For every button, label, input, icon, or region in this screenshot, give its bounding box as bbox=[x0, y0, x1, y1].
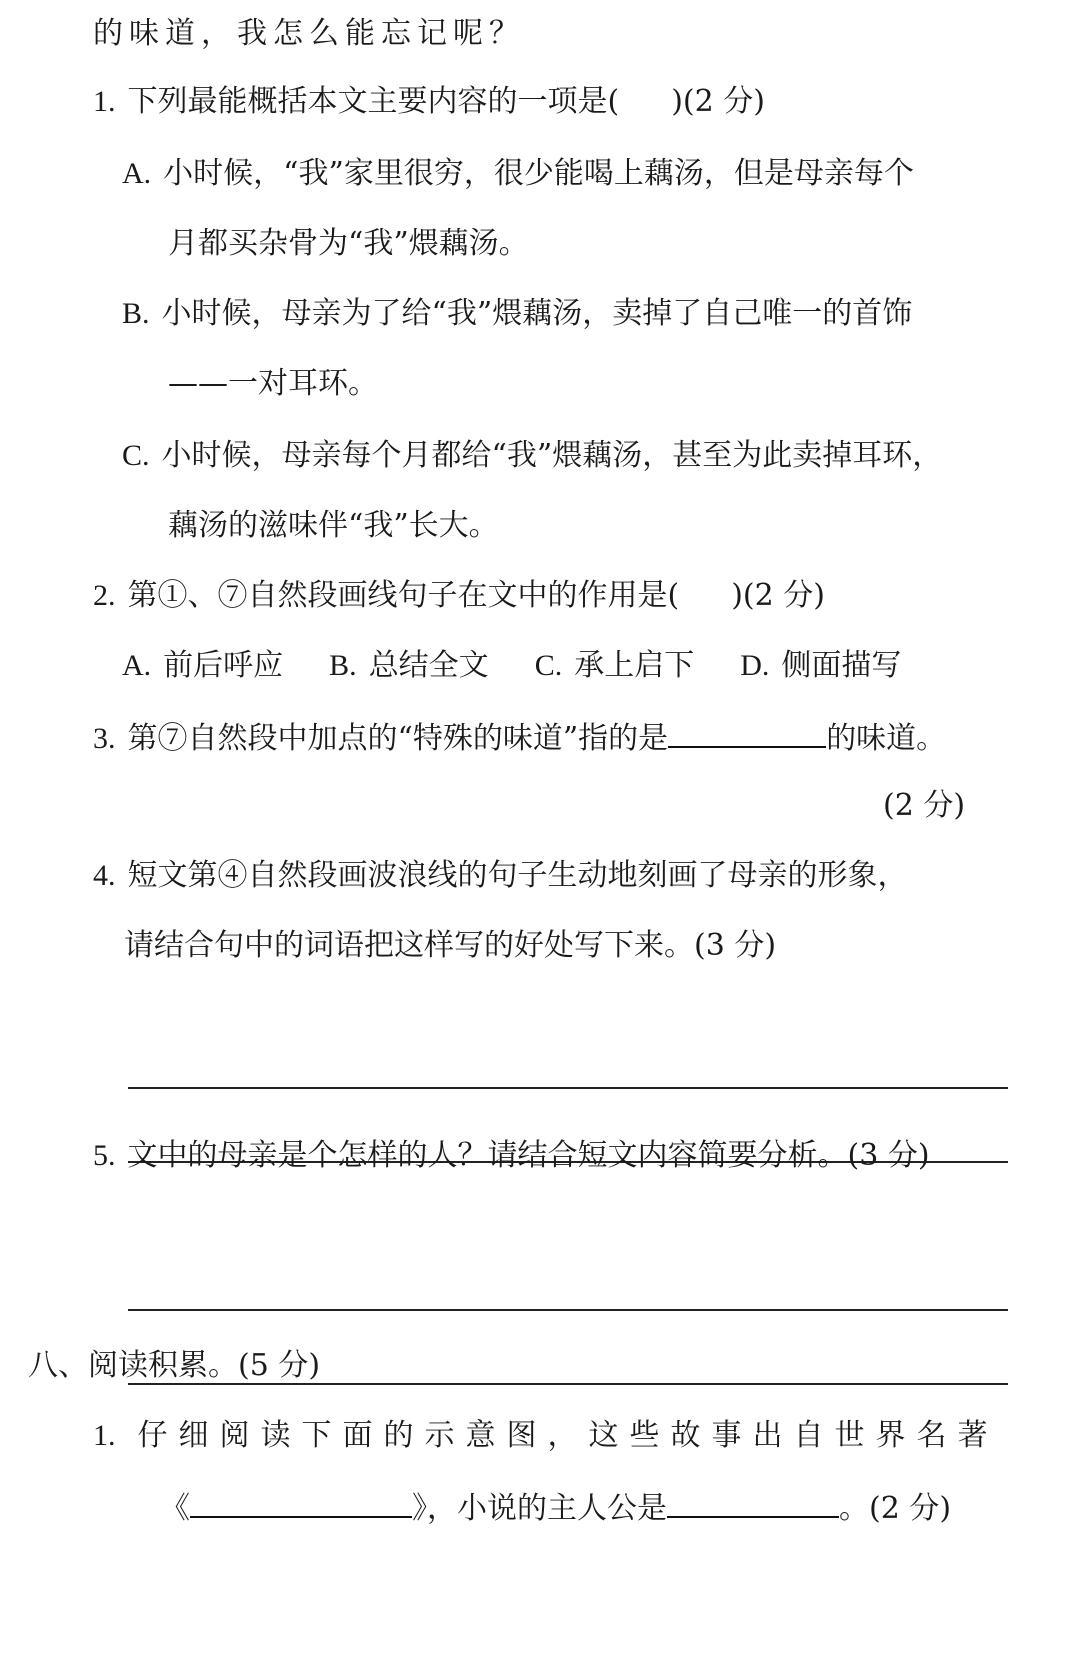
question-text: 仔细阅读下面的示意图，这些故事出自世界名著 bbox=[138, 1418, 999, 1453]
option-d[interactable]: D.侧面描写 bbox=[740, 648, 901, 683]
question-2: 2.第①、⑦自然段画线句子在文中的作用是()(2 分) bbox=[93, 576, 825, 616]
option-text: 前后呼应 bbox=[163, 648, 283, 683]
option-a-cont: 月都买杂骨为“我”煨藕汤。 bbox=[168, 224, 529, 264]
question-text: 下列最能概括本文主要内容的一项是( bbox=[128, 84, 620, 119]
question-number: 4. bbox=[93, 856, 116, 896]
option-text: 小时候，母亲为了给“我”煨藕汤，卖掉了自己唯一的首饰 bbox=[162, 296, 913, 331]
option-text: 小时候，母亲每个月都给“我”煨藕汤，甚至为此卖掉耳环， bbox=[162, 438, 943, 473]
option-a[interactable]: A.小时候，“我”家里很穷，很少能喝上藕汤，但是母亲每个 bbox=[122, 154, 914, 194]
question-number: 1. bbox=[93, 82, 116, 122]
question-number: 1. bbox=[93, 1416, 116, 1456]
fill-blank-protagonist[interactable] bbox=[667, 1486, 839, 1518]
question-text: 第⑦自然段中加点的“特殊的味道”指的是 bbox=[128, 721, 669, 756]
option-text: 小时候，“我”家里很穷，很少能喝上藕汤，但是母亲每个 bbox=[163, 156, 914, 191]
question-number: 3. bbox=[93, 719, 116, 759]
option-a[interactable]: A.前后呼应 bbox=[122, 648, 283, 683]
question-number: 2. bbox=[93, 576, 116, 616]
question-score: 。(2 分) bbox=[839, 1491, 951, 1526]
answer-line[interactable] bbox=[128, 1087, 1008, 1089]
option-c[interactable]: C.承上启下 bbox=[535, 648, 695, 683]
option-label: D. bbox=[740, 646, 769, 686]
option-label: C. bbox=[122, 436, 150, 476]
option-b-cont: ——一对耳环。 bbox=[168, 364, 378, 404]
option-label: A. bbox=[122, 154, 151, 194]
question-score: )(2 分) bbox=[671, 84, 765, 119]
q2-options: A.前后呼应B.总结全文C.承上启下D.侧面描写 bbox=[122, 646, 901, 686]
question-3: 3.第⑦自然段中加点的“特殊的味道”指的是的味道。 bbox=[93, 716, 946, 759]
passage-tail: 的味道，我怎么能忘记呢？ bbox=[93, 14, 525, 54]
option-text: 总结全文 bbox=[369, 648, 489, 683]
question-text: 第①、⑦自然段画线句子在文中的作用是( bbox=[128, 578, 680, 613]
option-label: B. bbox=[122, 294, 150, 334]
option-b[interactable]: B.小时候，母亲为了给“我”煨藕汤，卖掉了自己唯一的首饰 bbox=[122, 294, 912, 334]
answer-line[interactable] bbox=[128, 1309, 1008, 1311]
question-score: (2 分) bbox=[883, 786, 965, 826]
option-label: A. bbox=[122, 646, 151, 686]
option-c[interactable]: C.小时候，母亲每个月都给“我”煨藕汤，甚至为此卖掉耳环， bbox=[122, 436, 942, 476]
option-text: 侧面描写 bbox=[781, 648, 901, 683]
question-text: 》，小说的主人公是 bbox=[412, 1491, 667, 1526]
fill-blank-flavor[interactable] bbox=[668, 716, 826, 748]
question-text: 文中的母亲是个怎样的人？请结合短文内容简要分析。(3 分) bbox=[128, 1138, 930, 1173]
question-4-cont: 请结合句中的词语把这样写的好处写下来。(3 分) bbox=[124, 926, 776, 966]
question-1: 1.下列最能概括本文主要内容的一项是()(2 分) bbox=[93, 82, 765, 122]
option-c-cont: 藕汤的滋味伴“我”长大。 bbox=[168, 506, 499, 546]
section8-question-1-cont: 《》，小说的主人公是。(2 分) bbox=[160, 1486, 951, 1529]
question-text: 短文第④自然段画波浪线的句子生动地刻画了母亲的形象， bbox=[128, 858, 908, 893]
fill-blank-book-title[interactable] bbox=[190, 1486, 412, 1518]
section-heading: 八、阅读积累。(5 分) bbox=[28, 1346, 320, 1386]
option-b[interactable]: B.总结全文 bbox=[329, 648, 489, 683]
option-label: B. bbox=[329, 646, 357, 686]
question-number: 5. bbox=[93, 1136, 116, 1176]
open-book-mark: 《 bbox=[160, 1491, 190, 1526]
question-text-after: 的味道。 bbox=[826, 721, 946, 756]
option-text: 承上启下 bbox=[574, 648, 694, 683]
option-label: C. bbox=[535, 646, 563, 686]
question-4: 4.短文第④自然段画波浪线的句子生动地刻画了母亲的形象， bbox=[93, 856, 908, 896]
question-5: 5.文中的母亲是个怎样的人？请结合短文内容简要分析。(3 分) bbox=[93, 1136, 930, 1176]
question-score: )(2 分) bbox=[731, 578, 825, 613]
section8-question-1: 1.仔细阅读下面的示意图，这些故事出自世界名著 bbox=[93, 1416, 999, 1456]
